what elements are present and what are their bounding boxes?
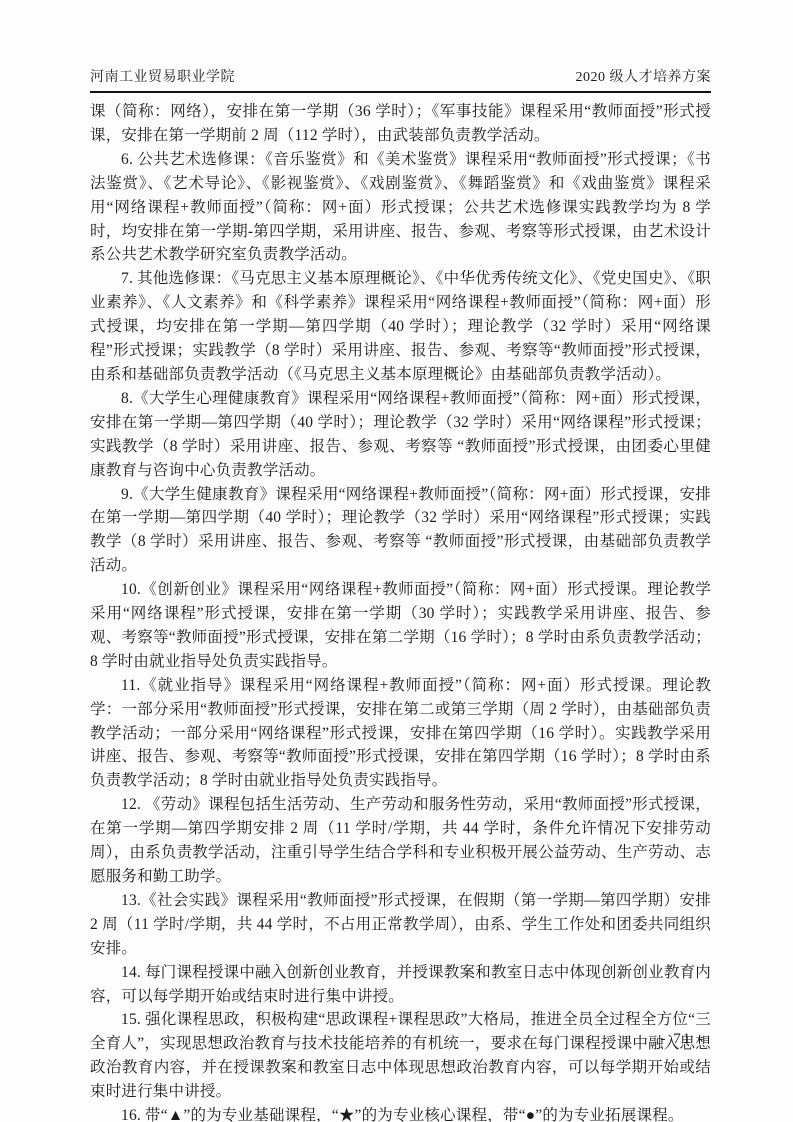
paragraph: 7. 其他选修课：《马克思主义基本原理概论》、《中华优秀传统文化》、《党史国史》… <box>90 267 711 387</box>
page-header: 河南工业贸易职业学院 2020 级人才培养方案 <box>90 66 711 93</box>
paragraph: 8.《大学生心理健康教育》课程采用“网络课程+教师面授”（简称：网+面）形式授课… <box>90 387 711 483</box>
paragraph: 15. 强化课程思政，积极构建“思政课程+课程思政”大格局，推进全员全过程全方位… <box>90 1008 711 1104</box>
header-school-name: 河南工业贸易职业学院 <box>90 66 235 86</box>
paragraph: 16. 带“▲”的为专业基础课程，“★”的为专业核心课程，带“●”的为专业拓展课… <box>90 1104 711 1122</box>
paragraph: 6. 公共艺术选修课：《音乐鉴赏》和《美术鉴赏》课程采用“教师面授”形式授课；《… <box>90 148 711 268</box>
paragraph: 13.《社会实践》课程采用“教师面授”形式授课，在假期（第一学期—第四学期）安排… <box>90 889 711 961</box>
paragraph: 9.《大学生健康教育》课程采用“网络课程+教师面授”（简称：网+面）形式授课，安… <box>90 483 711 579</box>
paragraph: 11.《就业指导》课程采用“网络课程+教师面授”（简称：网+面）形式授课。理论教… <box>90 674 711 794</box>
paragraph: 12. 《劳动》课程包括生活劳动、生产劳动和服务性劳动，采用“教师面授”形式授课… <box>90 793 711 889</box>
document-page: 河南工业贸易职业学院 2020 级人才培养方案 课（简称：网络），安排在第一学期… <box>0 0 793 1122</box>
header-document-title: 2020 级人才培养方案 <box>576 66 712 86</box>
document-body: 课（简称：网络），安排在第一学期（36 学时）；《军事技能》课程采用“教师面授”… <box>90 100 711 1122</box>
paragraph: 10.《创新创业》课程采用“网络课程+教师面授”（简称：网+面）形式授课。理论教… <box>90 578 711 674</box>
paragraph: 课（简称：网络），安排在第一学期（36 学时）；《军事技能》课程采用“教师面授”… <box>90 100 711 148</box>
paragraph: 14. 每门课程授课中融入创新创业教育，并授课教案和教室日志中体现创新创业教育内… <box>90 961 711 1009</box>
page-number: - 71 - <box>661 1031 706 1048</box>
